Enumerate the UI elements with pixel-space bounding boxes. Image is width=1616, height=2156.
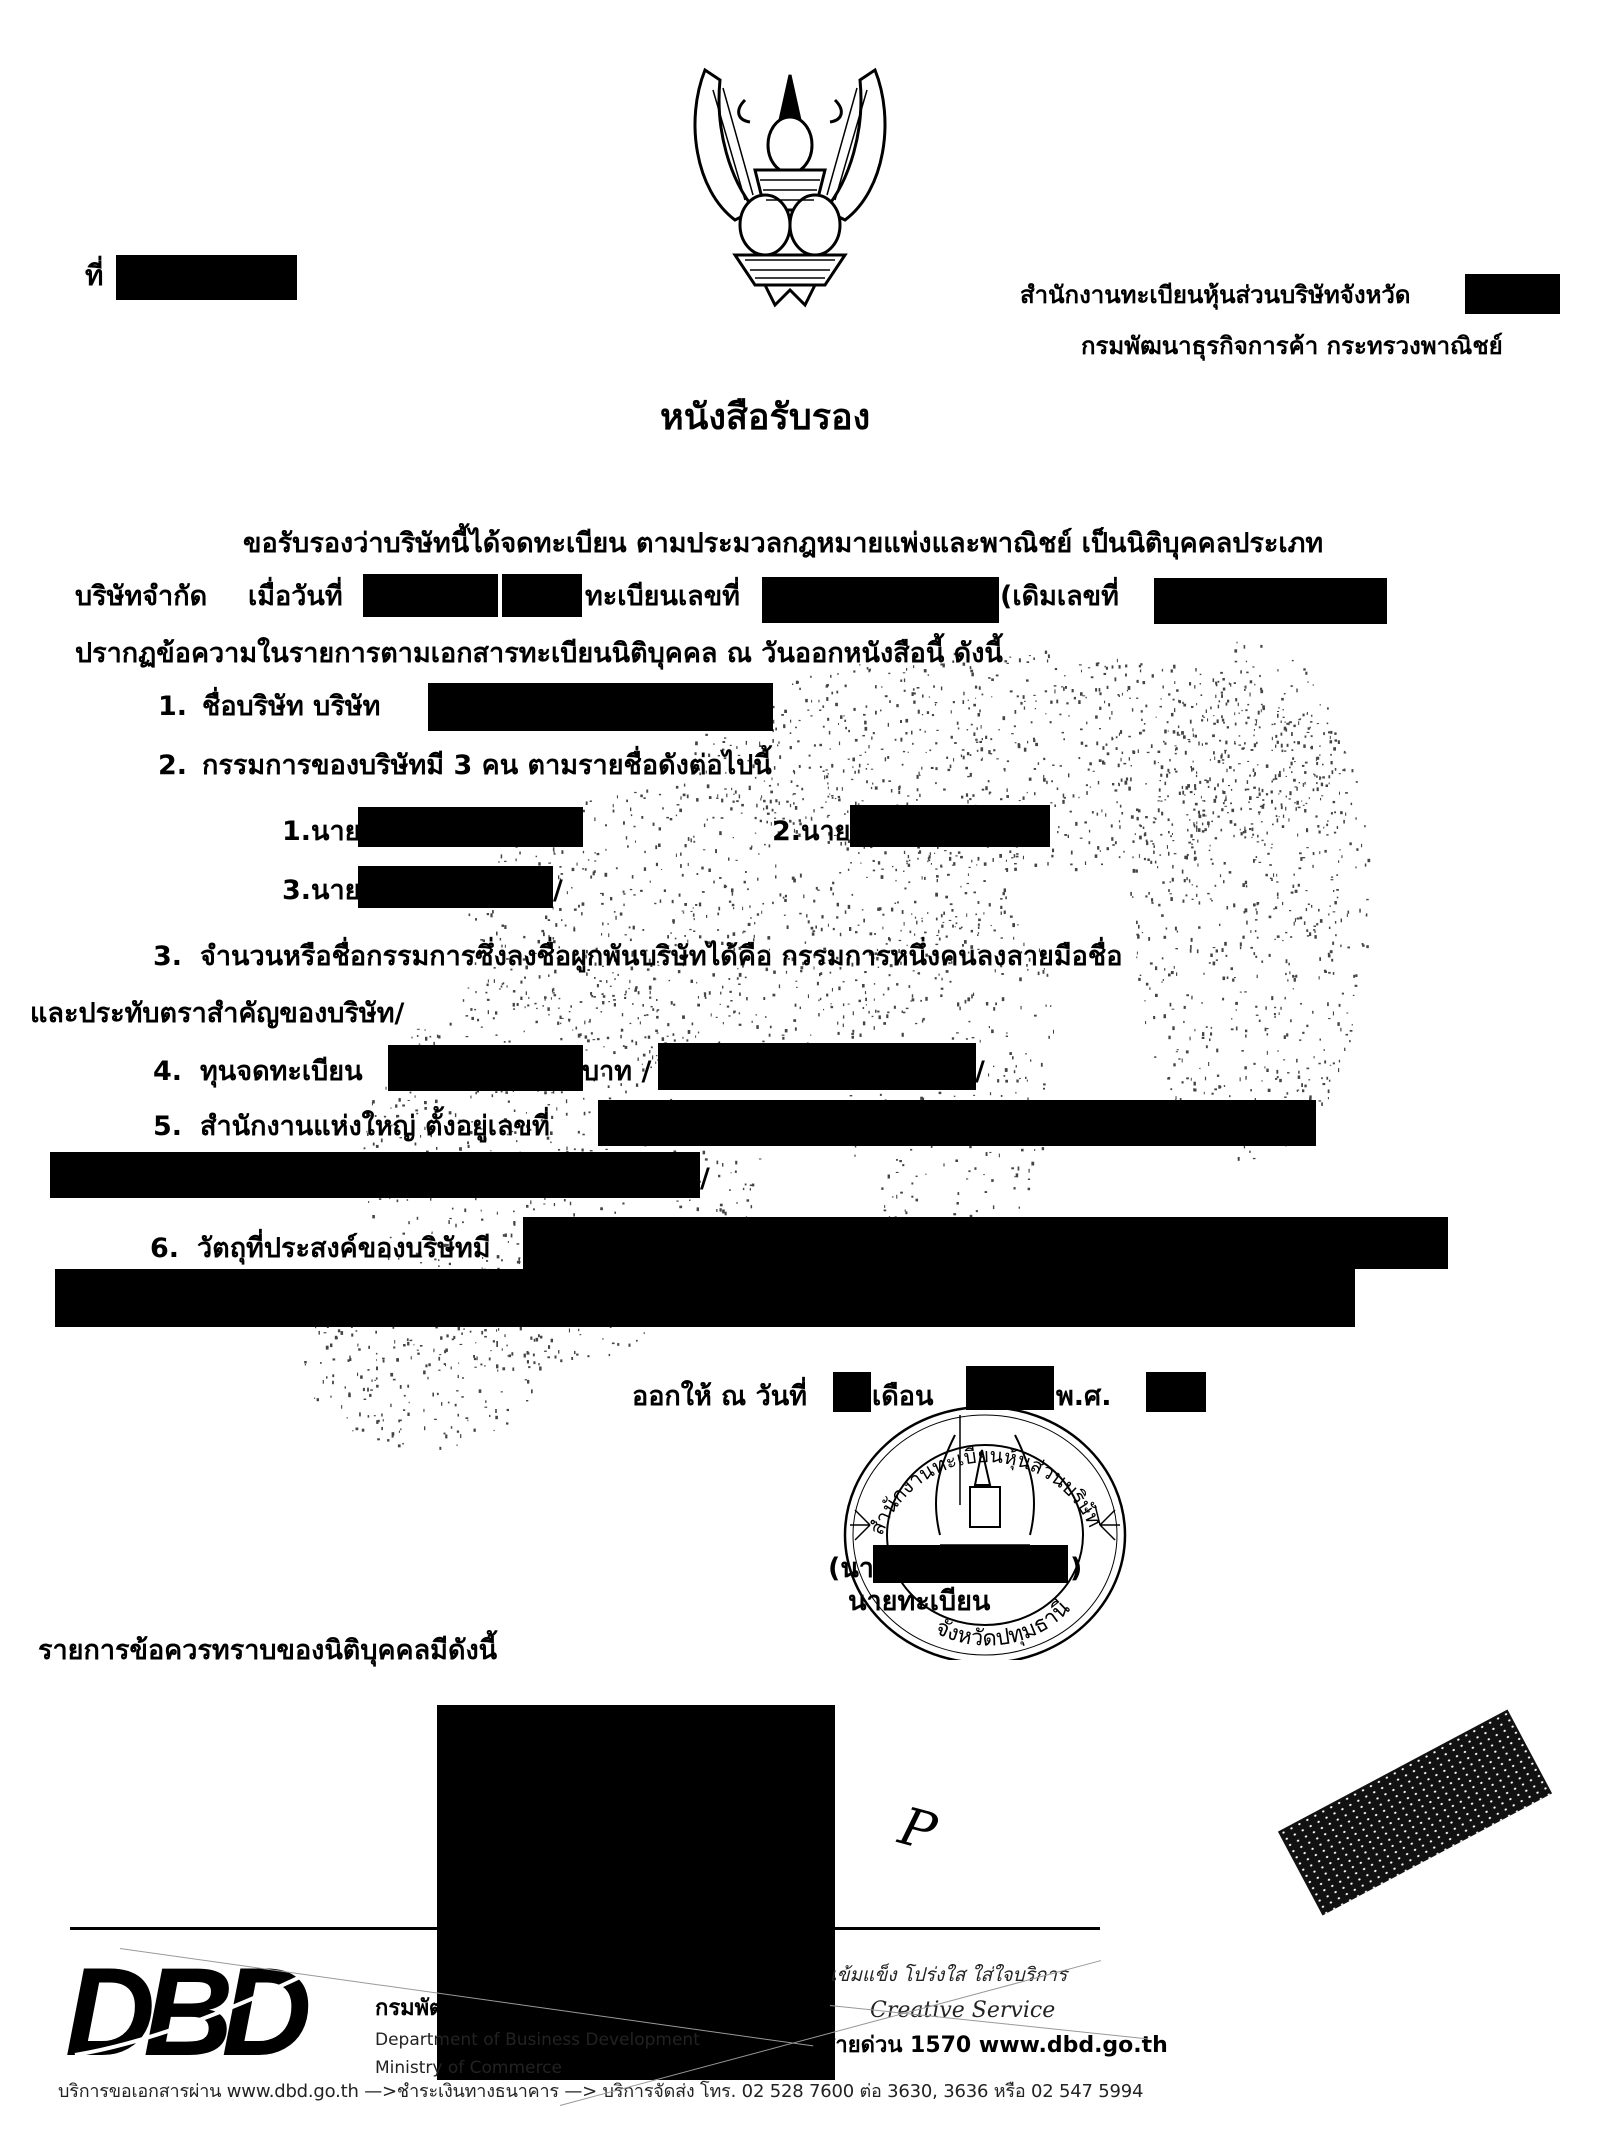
item-5-label: สำนักงานแห่งใหญ่ ตั้งอยู่เลขที่ — [200, 1113, 550, 1140]
issuer-office: สำนักงานทะเบียนหุ้นส่วนบริษัทจังหวัด — [1020, 283, 1410, 307]
redacted-company-name — [428, 683, 773, 731]
notes-heading: รายการข้อควรทราบของนิติบุคคลมีดังนี้ — [38, 1637, 497, 1664]
intro-line-3: ปรากฏข้อความในรายการตามเอกสารทะเบียนนิติ… — [75, 640, 1003, 667]
intro-old-no-label: (เดิมเลขที่ — [1000, 583, 1119, 610]
redacted-address-line-1 — [598, 1100, 1316, 1146]
redacted-reg-date-2 — [502, 574, 582, 617]
redacted-signer-name — [873, 1545, 1068, 1583]
redacted-director-1 — [358, 807, 583, 847]
item-4-label: ทุนจดทะเบียน — [200, 1058, 363, 1085]
document-title: หนังสือรับรอง — [660, 400, 870, 436]
footer-ministry-en: Ministry of Commerce — [375, 2060, 562, 2077]
garuda-emblem-icon — [675, 60, 905, 310]
footer-dept-en: Department of Business Development — [375, 2032, 700, 2049]
director-2-label: 2.นาย — [772, 818, 850, 845]
issued-on-label: ออกให้ ณ วันที่ — [632, 1383, 807, 1410]
intro-line-1: ขอรับรองว่าบริษัทนี้ได้จดทะเบียน ตามประม… — [243, 530, 1323, 557]
svg-text:สำนักงานทะเบียนหุ้นส่วนบริษัท: สำนักงานทะเบียนหุ้นส่วนบริษัท — [864, 1443, 1107, 1538]
item-4-baht-label: บาท / — [582, 1058, 651, 1085]
intro-reg-no-label: ทะเบียนเลขที่ — [585, 583, 740, 610]
redacted-reg-number — [762, 577, 999, 623]
item-6-label: วัตถุที่ประสงค์ของบริษัทมี — [197, 1235, 491, 1262]
footer-hotline: สายด่วน 1570 www.dbd.go.th — [822, 2035, 1168, 2057]
redacted-director-3 — [358, 866, 553, 908]
redacted-province — [1465, 274, 1560, 314]
redacted-director-2 — [850, 805, 1050, 847]
item-4-number: 4. — [153, 1058, 182, 1085]
footer-rule — [70, 1927, 1100, 1930]
item-1-label: ชื่อบริษัท บริษัท — [202, 693, 380, 720]
redacted-capital-words — [658, 1043, 976, 1090]
redacted-ref-number — [116, 255, 297, 300]
signer-title: นายทะเบียน — [848, 1588, 990, 1615]
issuer-department: กรมพัฒนาธุรกิจการค้า กระทรวงพาณิชย์ — [1081, 334, 1503, 358]
redacted-objectives-line-2 — [55, 1269, 1355, 1327]
registrar-seal-icon: สำนักงานทะเบียนหุ้นส่วนบริษัท จังหวัดปทุ… — [810, 1395, 1150, 1660]
redacted-address-line-2 — [50, 1152, 700, 1198]
redacted-reg-date-1 — [363, 574, 498, 617]
item-6-number: 6. — [150, 1235, 179, 1262]
director-3-label: 3.นาย — [282, 877, 360, 904]
redacted-notes-block — [437, 1705, 835, 2080]
item-1-number: 1. — [158, 693, 187, 720]
redacted-issue-year — [1146, 1372, 1206, 1412]
director-1-label: 1.นาย — [282, 818, 360, 845]
seal-top-text: สำนักงานทะเบียนหุ้นส่วนบริษัท — [864, 1443, 1107, 1538]
intro-date-label: เมื่อวันที่ — [248, 583, 343, 610]
handwritten-mark: P — [893, 1796, 942, 1863]
footer-slogan-th: เข้มแข็ง โปร่งใส ใส่ใจบริการ — [830, 1966, 1067, 1985]
dbd-logo-icon: DBD — [65, 1955, 355, 2065]
redacted-old-number — [1154, 578, 1387, 624]
ref-label: ที่ — [85, 262, 103, 290]
item-3-label: จำนวนหรือชื่อกรรมการซึ่งลงชื่อผูกพันบริษ… — [200, 943, 1122, 970]
footer-services-line: บริการขอเอกสารผ่าน www.dbd.go.th —>ชำระเ… — [58, 2083, 1143, 2101]
item-3-continuation: และประทับตราสำคัญของบริษัท/ — [30, 1000, 404, 1027]
item-5-number: 5. — [153, 1113, 182, 1140]
signer-suffix: ) — [1070, 1555, 1082, 1582]
director-3-suffix: / — [553, 877, 563, 904]
item-2-label: กรรมการของบริษัทมี 3 คน ตามรายชื่อดังต่อ… — [202, 752, 772, 779]
item-4-suffix: / — [975, 1058, 985, 1085]
item-5-suffix: / — [700, 1165, 710, 1192]
intro-close-paren: ) — [1375, 583, 1387, 610]
redacted-objectives-line-1 — [523, 1217, 1448, 1269]
item-3-number: 3. — [153, 943, 182, 970]
item-2-number: 2. — [158, 752, 187, 779]
intro-company-type: บริษัทจำกัด — [75, 583, 207, 610]
redacted-capital-amount — [388, 1045, 583, 1091]
obscured-stamp — [1278, 1710, 1552, 1916]
